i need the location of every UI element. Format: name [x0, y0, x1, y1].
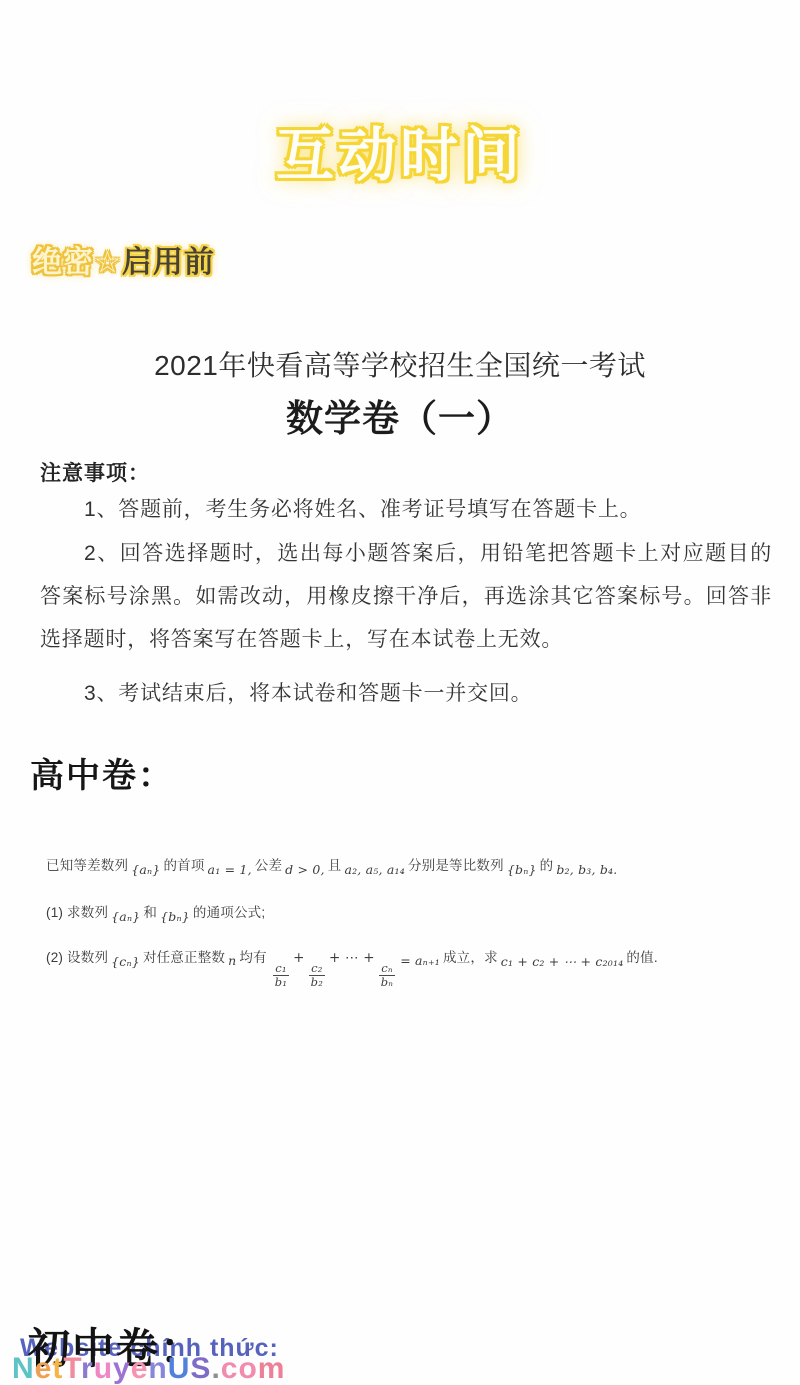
- notes-heading: 注意事项：: [40, 457, 150, 487]
- math-operator-ellipsis: + ⋯ +: [329, 950, 375, 966]
- problem-text: (2) 设数列: [46, 950, 108, 965]
- math-c-sum: c₁ + c₂ + ⋯ + c₂₀₁₄: [501, 954, 624, 969]
- math-d-condition: d > 0,: [285, 862, 325, 877]
- math-equals-a-n1: = aₙ₊₁: [400, 953, 440, 968]
- problem-text: 且: [328, 858, 342, 873]
- math-sequence-bn: {bₙ}: [507, 862, 537, 877]
- exam-subject-title: 数学卷（一）: [0, 388, 800, 442]
- high-school-section-heading: 高中卷：: [30, 748, 174, 797]
- fraction-c2-b2: c₂b₂: [309, 962, 325, 988]
- math-sequence-an: {aₙ}: [131, 862, 160, 877]
- problem-text: 已知等差数列: [46, 858, 128, 873]
- problem-text: 公差: [255, 858, 282, 873]
- math-var-n: n: [228, 953, 236, 968]
- math-sequence-cn: {cₙ}: [111, 954, 140, 969]
- notes-item-1: 1、答题前，考生务必将姓名、准考证号填写在答题卡上。: [40, 488, 772, 531]
- math-operator: +: [293, 950, 305, 966]
- problem-question-1: (1) 求数列{aₙ}和{bₙ}的通项公式;: [46, 901, 265, 921]
- problem-text: 对任意正整数: [143, 950, 225, 965]
- notes-item-2: 2、回答选择题时，选出每小题答案后，用铅笔把答题卡上对应题目的答案标号涂黑。如需…: [40, 532, 772, 661]
- math-a-terms: a₂, a₅, a₁₄: [344, 862, 405, 877]
- math-a1-value: a₁ = 1,: [208, 862, 252, 877]
- math-sequence-an: {aₙ}: [111, 909, 140, 924]
- problem-intro-line: 已知等差数列{aₙ}的首项a₁ = 1,公差d > 0,且a₂, a₅, a₁₄…: [46, 854, 620, 874]
- problem-text: 和: [143, 905, 157, 920]
- exam-title: 2021年快看高等学校招生全国统一考试: [0, 344, 800, 384]
- comic-page: 互动时间 绝密☆启用前 2021年快看高等学校招生全国统一考试 数学卷（一） 注…: [0, 0, 800, 1385]
- problem-text: 均有: [239, 950, 266, 965]
- problem-text: 的值.: [626, 950, 657, 965]
- math-b-terms: b₂, b₃, b₄.: [556, 862, 617, 877]
- watermark-site-name: NetTruyenUS.com: [12, 1352, 285, 1385]
- page-title: 互动时间: [0, 108, 800, 192]
- fraction-cn-bn: cₙbₙ: [379, 962, 395, 988]
- problem-text: 的: [540, 858, 554, 873]
- problem-text: 成立，求: [443, 950, 498, 965]
- before-use-label: 启用前: [122, 246, 215, 279]
- secrecy-stamp: 绝密☆启用前: [32, 237, 215, 281]
- secrecy-level-label: 绝密☆: [32, 246, 122, 279]
- problem-text: 分别是等比数列: [408, 858, 504, 873]
- notes-item-3: 3、考试结束后，将本试卷和答题卡一并交回。: [40, 672, 772, 715]
- fraction-c1-b1: c₁b₁: [273, 962, 289, 988]
- problem-text: (1) 求数列: [46, 905, 108, 920]
- problem-text: 的通项公式;: [193, 905, 265, 920]
- math-sequence-bn: {bₙ}: [160, 909, 190, 924]
- problem-question-2: (2) 设数列{cₙ}对任意正整数n均有 c₁b₁+c₂b₂+ ⋯ +cₙbₙ=…: [46, 946, 658, 988]
- problem-text: 的首项: [163, 858, 204, 873]
